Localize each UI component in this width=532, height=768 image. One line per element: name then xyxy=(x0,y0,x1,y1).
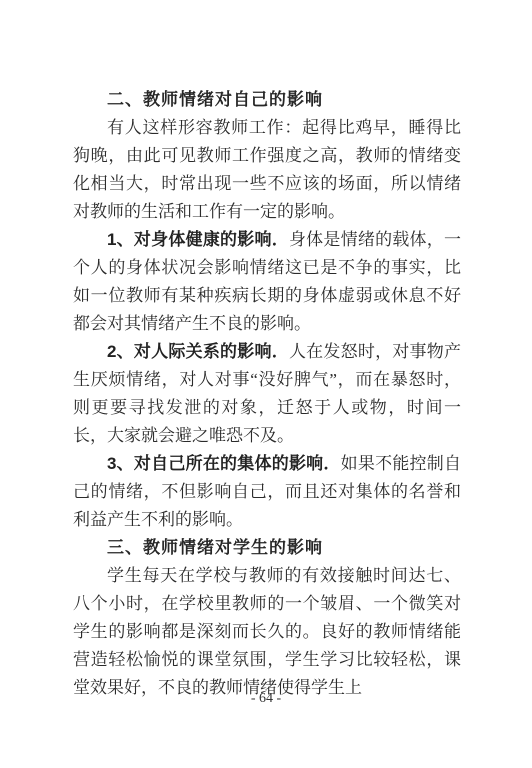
paragraph-students: 学生每天在学校与教师的有效接触时间达七、八个小时，在学校里教师的一个皱眉、一个微… xyxy=(73,562,461,702)
numbered-item-3: 3、对自己所在的集体的影响．如果不能控制自己的情绪，不但影响自己，而且还对集体的… xyxy=(73,450,461,534)
section-heading-teacher-emotion-effect-on-students: 三、教师情绪对学生的影响 xyxy=(73,534,461,562)
page-content: 二、教师情绪对自己的影响 有人这样形容教师工作：起得比鸡早，睡得比狗晚，由此可见… xyxy=(73,86,461,702)
numbered-item-1: 1、对身体健康的影响．身体是情绪的载体，一个人的身体状况会影响情绪这已是不争的事… xyxy=(73,226,461,338)
document-page: 二、教师情绪对自己的影响 有人这样形容教师工作：起得比鸡早，睡得比狗晚，由此可见… xyxy=(0,0,532,768)
numbered-item-1-lead: 1、对身体健康的影响． xyxy=(107,230,289,249)
numbered-item-2-lead: 2、对人际关系的影响． xyxy=(107,342,289,361)
numbered-item-2: 2、对人际关系的影响．人在发怒时，对事物产生厌烦情绪，对人对事“没好脾气”，而在… xyxy=(73,338,461,450)
paragraph-intro: 有人这样形容教师工作：起得比鸡早，睡得比狗晚，由此可见教师工作强度之高，教师的情… xyxy=(73,114,461,226)
numbered-item-3-lead: 3、对自己所在的集体的影响． xyxy=(107,454,341,473)
page-number: - 64 - xyxy=(0,691,532,707)
section-heading-teacher-emotion-effect-on-self: 二、教师情绪对自己的影响 xyxy=(73,86,461,114)
